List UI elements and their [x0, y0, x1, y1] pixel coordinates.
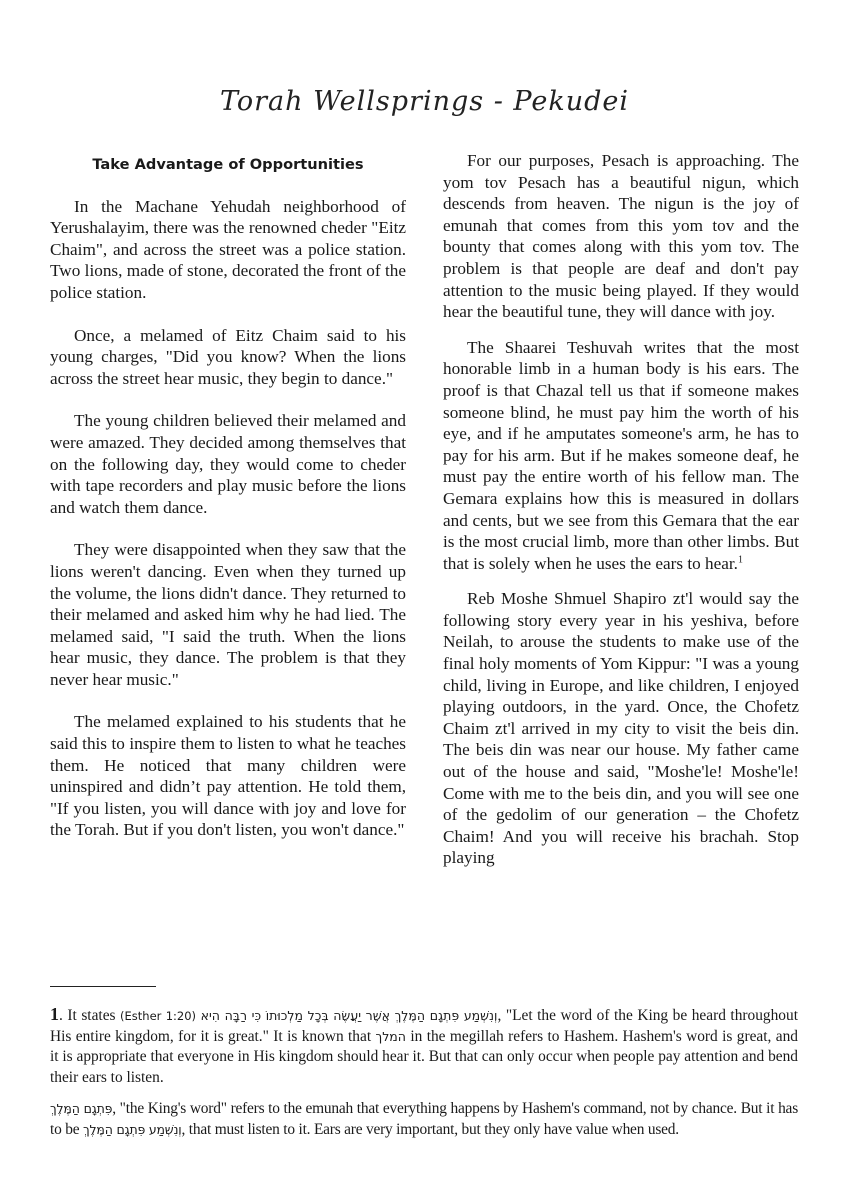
- footnote-1: 1. It states (Esther 1:20) וְנִשְׁמַע פִ…: [50, 1004, 798, 1088]
- left-column: Take Advantage of Opportunities In the M…: [50, 150, 406, 841]
- paragraph: The melamed explained to his students th…: [50, 711, 406, 841]
- paragraph: Once, a melamed of Eitz Chaim said to hi…: [50, 325, 406, 390]
- footnote-source: (Esther 1:20): [120, 1009, 196, 1023]
- paragraph: For our purposes, Pesach is approaching.…: [443, 150, 799, 323]
- footnote-intro: . It states: [59, 1007, 120, 1024]
- hebrew-phrase: וְנִשְׁמַע פִּתְגָם הַמֶּלֶךְ: [83, 1122, 181, 1137]
- footnote-continuation: פִּתְגָם הַמֶּלֶךְ, "the King's word" re…: [50, 1099, 798, 1140]
- hebrew-verse: וְנִשְׁמַע פִּתְגָם הַמֶּלֶךְ אֲשֶׁר יַע…: [201, 1008, 498, 1023]
- paragraph: They were disappointed when they saw tha…: [50, 539, 406, 690]
- paragraph: In the Machane Yehudah neighborhood of Y…: [50, 196, 406, 304]
- paragraph-with-footnote: The Shaarei Teshuvah writes that the mos…: [443, 337, 799, 575]
- footnote-reference[interactable]: 1: [738, 554, 743, 565]
- page-title: Torah Wellsprings - Pekudei: [0, 86, 849, 117]
- paragraph: The young children believed their melame…: [50, 410, 406, 518]
- hebrew-phrase: פִּתְגָם הַמֶּלֶךְ: [50, 1101, 112, 1116]
- footnote-text: , that must listen to it. Ears are very …: [181, 1121, 678, 1138]
- footnotes: 1. It states (Esther 1:20) וְנִשְׁמַע פִ…: [50, 1004, 798, 1151]
- right-column: For our purposes, Pesach is approaching.…: [443, 150, 799, 883]
- hebrew-word: המלך: [375, 1029, 405, 1044]
- footnote-number: 1: [50, 1004, 59, 1024]
- paragraph-text: The Shaarei Teshuvah writes that the mos…: [443, 338, 799, 573]
- footnote-divider: [50, 986, 156, 987]
- section-heading: Take Advantage of Opportunities: [50, 154, 406, 176]
- paragraph: Reb Moshe Shmuel Shapiro zt'l would say …: [443, 588, 799, 869]
